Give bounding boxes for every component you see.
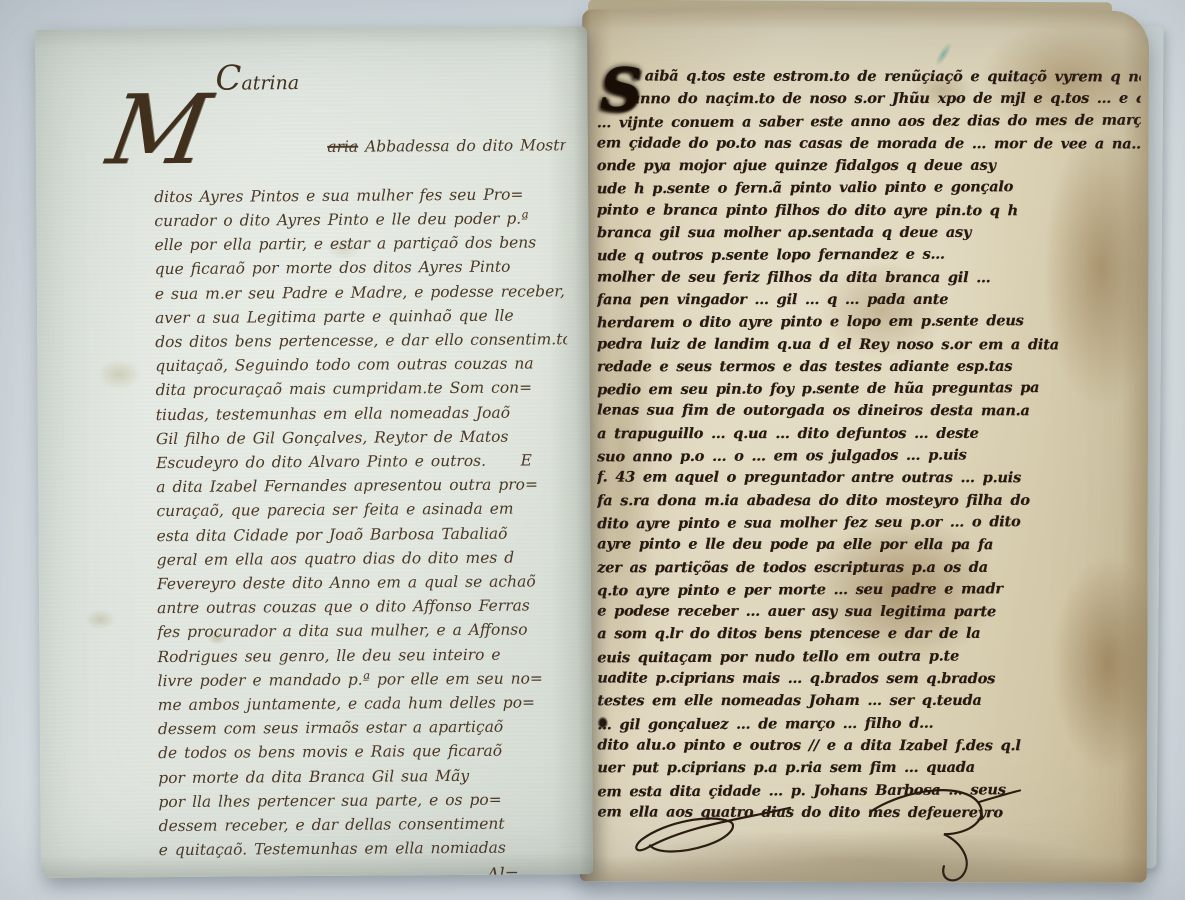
opening-initial: S: [591, 59, 651, 123]
manuscript-line: zer as partiçõas de todos escripturas p.…: [597, 556, 1141, 579]
manuscript-line: curaçaõ, que parecia ser feita e asinada…: [156, 497, 568, 524]
manuscript-line: lenas sua fim de outorgada os dineiros d…: [597, 400, 1141, 423]
manuscript-line: pinto e branca pinto filhos do dito ayre…: [597, 199, 1141, 222]
right-manuscript-page: S aibã q.tos este estrom.to de renũçiaçõ…: [580, 9, 1149, 882]
manuscript-line: suo anno p.o … o … em os julgados … p.ui…: [597, 444, 1141, 469]
manuscript-line: a som q.lr do ditos bens ptencese e dar …: [597, 623, 1141, 646]
manuscript-line: branca gil sua molher ap.sentada q deue …: [597, 222, 1141, 245]
signature-flourish-left: [618, 795, 808, 875]
manuscript-line: por lla lhes pertencer sua parte, e os p…: [158, 787, 570, 814]
manuscript-line: elle por ella partir, e estar a partiçaõ…: [154, 230, 566, 257]
manuscript-line: Fevereyro deste dito Anno em a qual se a…: [157, 569, 569, 596]
manuscript-line: aver a sua Legitima parte e quinhaõ que …: [155, 303, 567, 330]
manuscript-line: pedra luiz de landim q.ua d el Rey noso …: [597, 333, 1141, 356]
manuscript-line: por morte da dita Branca Gil sua Mãy: [158, 763, 570, 790]
manuscript-line: f. 43 em aquel o preguntador antre outra…: [597, 467, 1141, 490]
manuscript-line: fana pen vingador … gil … q … pada ante: [597, 289, 1141, 312]
manuscript-line: de todos os bens movis e Rais que ficara…: [158, 739, 570, 766]
manuscript-line: ayre pinto e lle deu pode pa elle por el…: [597, 534, 1141, 557]
manuscript-line: ditos Ayres Pintos e sua mulher fes seu …: [154, 182, 566, 209]
manuscript-line: molher de seu feriz filhos da dita branc…: [597, 266, 1141, 289]
manuscript-line: dessem receber, e dar dellas consentimen…: [159, 811, 571, 838]
ornamental-initial-m: M: [102, 85, 216, 176]
manuscript-line: e quitaçaõ. Testemunhas em ella nomiadas: [159, 836, 571, 863]
manuscript-line: anno do naçim.to de noso s.or Jhũu xpo d…: [631, 88, 1141, 111]
manuscript-photo: S aibã q.tos este estrom.to de renũçiaçõ…: [0, 0, 1185, 900]
manuscript-line: a dita Izabel Fernandes apresentou outra…: [156, 472, 568, 499]
manuscript-line: q.to ayre pinto e per morte … seu padre …: [597, 577, 1141, 602]
manuscript-line: me ambos juntamente, e cada hum delles p…: [158, 690, 570, 717]
manuscript-line: aibã q.tos este estrom.to de renũçiaçõ e…: [645, 66, 1141, 89]
manuscript-line: e sua m.er seu Padre e Madre, e podesse …: [155, 279, 567, 306]
manuscript-line: ude h p.sente o fern.ã pinto valio pinto…: [597, 176, 1141, 201]
manuscript-line: dessem com seus irmaõs estar a apartiçaõ: [158, 715, 570, 742]
left-page-text: Catrina aria Abbadessa do dito Mostr.º f…: [153, 66, 571, 878]
manuscript-line: aria Abbadessa do dito Mostr.º filha dos: [154, 109, 566, 184]
left-manuscript-page: M Catrina aria Abbadessa do dito Mostr.º…: [35, 26, 593, 878]
manuscript-line: Escudeyro do dito Alvaro Pinto e outros.…: [156, 448, 568, 475]
ink-blot: [597, 716, 608, 729]
manuscript-line: fes procurador a dita sua mulher, e a Af…: [157, 618, 569, 645]
manuscript-line: uer put p.ciprians p.a p.ria sem fim … q…: [597, 757, 1141, 780]
manuscript-line: em çidade do po.to nas casas de morada d…: [597, 132, 1141, 155]
manuscript-line: curador o dito Ayres Pinto e lle deu pod…: [154, 206, 566, 233]
manuscript-line: esta dita Cidade por Joaõ Barbosa Tabali…: [156, 521, 568, 548]
manuscript-line: dito ayre pinto e sua molher fez seu p.o…: [597, 511, 1141, 536]
manuscript-line: dos ditos bens pertencesse, e dar ello c…: [155, 327, 567, 354]
manuscript-line: euis quitaçam por nudo tello em outra p.…: [597, 644, 1141, 669]
manuscript-line: dita procuraçaõ mais cumpridam.te Som co…: [155, 376, 567, 403]
manuscript-line: dito alu.o pinto e outros // e a dita Iz…: [597, 734, 1141, 757]
manuscript-line: uadite p.ciprians mais … q.brados sem q.…: [597, 668, 1141, 691]
right-page-text: aibã q.tos este estrom.to de renũçiaçõ e…: [597, 66, 1142, 825]
manuscript-line: herdarem o dito ayre pinto e lopo em p.s…: [597, 310, 1141, 335]
manuscript-line: … gil gonçaluez … de março … filho d…: [597, 711, 1141, 736]
page-heading: Catrina: [215, 66, 565, 96]
manuscript-line: ude q outros p.sente lopo fernandez e s…: [597, 243, 1141, 268]
manuscript-line: antre outras couzas que o dito Affonso F…: [157, 593, 569, 620]
manuscript-line: e podese receber … auer asy sua legitima…: [597, 601, 1141, 624]
stain: [97, 359, 141, 389]
manuscript-line: Rodrigues seu genro, lle deu seu inteiro…: [157, 642, 569, 669]
manuscript-line: testes em elle nomeadas Joham … ser q.te…: [597, 690, 1141, 713]
manuscript-line: … vijnte conuem a saber este anno aos de…: [597, 109, 1141, 134]
manuscript-line: que ficaraõ por morte dos ditos Ayres Pi…: [155, 255, 567, 282]
first-line-rest: Abbadessa do dito Mostr.º filha dos: [358, 136, 566, 156]
manuscript-line: tiudas, testemunhas em ella nomeadas Joa…: [156, 400, 568, 427]
signature-flourish-right: [858, 778, 1028, 883]
manuscript-line: pedio em seu pin.to foy p.sente de hũa p…: [597, 377, 1141, 402]
struck-name: aria: [327, 138, 358, 156]
stain: [85, 609, 115, 629]
manuscript-line: quitaçaõ, Seguindo todo com outras couza…: [155, 351, 567, 378]
teal-mark: [932, 40, 955, 68]
left-page-lines: ditos Ayres Pintos e sua mulher fes seu …: [154, 182, 571, 863]
manuscript-line: Gil filho de Gil Gonçalves, Reytor de Ma…: [156, 424, 568, 451]
manuscript-line: onde pya mojor ajue quinze fidalgos q de…: [597, 155, 1141, 178]
manuscript-line: fa s.ra dona m.ia abadesa do dito mostey…: [597, 489, 1141, 512]
catchword: Al=: [159, 862, 571, 878]
manuscript-line: redade e seus termos e das testes adiant…: [597, 356, 1141, 379]
manuscript-line: geral em ella aos quatro dias do dito me…: [157, 545, 569, 572]
manuscript-line: a trapuguillo … q.ua … dito defuntos … d…: [597, 423, 1141, 446]
manuscript-line: livre poder e mandado p.ª por elle em se…: [158, 666, 570, 693]
